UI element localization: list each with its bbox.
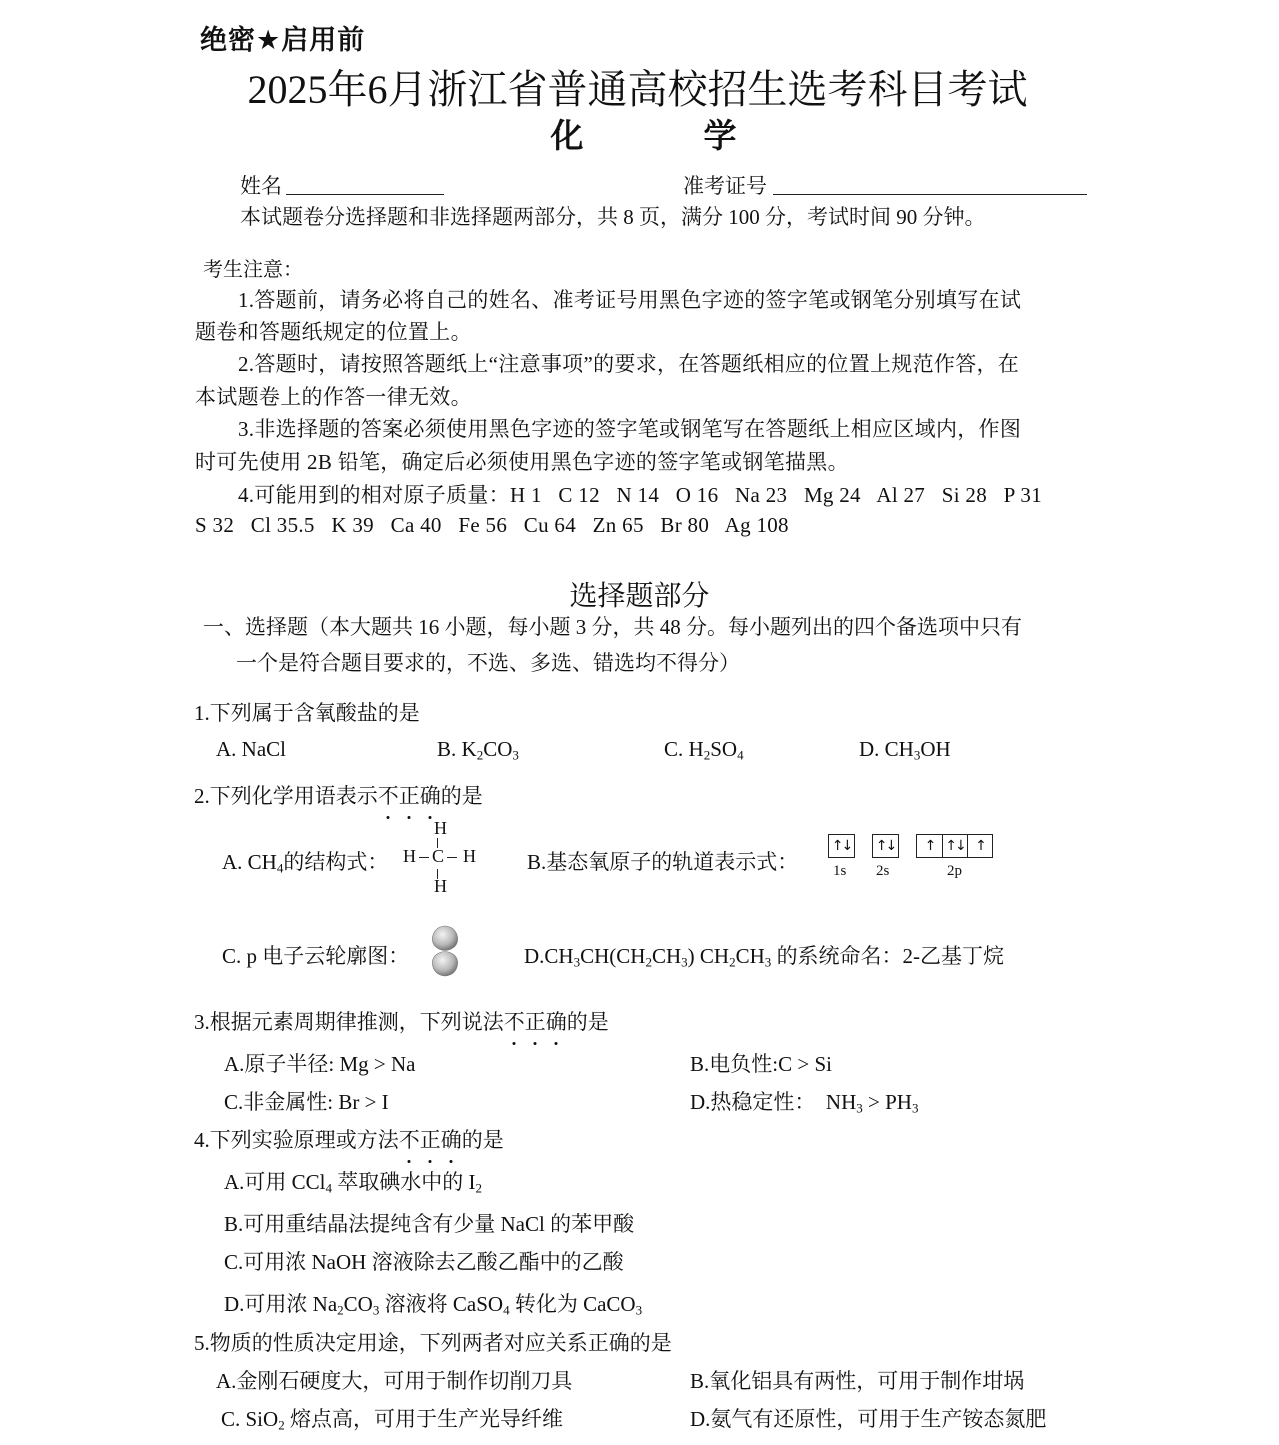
electron-pair-icon: ↑↓: [873, 835, 898, 857]
q4-option-d[interactable]: D.可用浓 Na2CO3 溶液将 CaSO4 转化为 CaCO3: [224, 1288, 642, 1318]
orbital-label: 2p: [947, 863, 962, 880]
notice-item-4-line2: S 32 Cl 35.5 K 39 Ca 40 Fe 56 Cu 64 Zn 6…: [195, 513, 1085, 538]
notice-text: 1.答题前，请务必将自己的姓名、准考证号用黑色字迹的签字笔或钢笔分别填写在试: [238, 288, 1021, 312]
notice-item-1-line1: 1.答题前，请务必将自己的姓名、准考证号用黑色字迹的签字笔或钢笔分别填写在试: [195, 284, 1085, 314]
exam-id-label: 准考证号: [683, 170, 767, 200]
exam-id-field[interactable]: [773, 194, 1087, 195]
subject-char: 学: [704, 110, 737, 157]
emphasis-char: 确: [420, 780, 441, 810]
atomic-masses: 4.可能用到的相对原子质量：H 1 C 12 N 14 O 16 Na 23 M…: [238, 483, 1042, 507]
methane-structure-diagram: H H C H H: [403, 818, 483, 898]
q5-option-d[interactable]: D.氨气有还原性，可用于生产铵态氮肥: [690, 1403, 1046, 1433]
question-2-stem: 2.下列化学用语表示不正确的是: [194, 780, 483, 810]
notice-item-3-line1: 3.非选择题的答案必须使用黑色字迹的签字笔或钢笔写在答题纸上相应区域内，作图: [195, 413, 1085, 443]
p-orbital-icon: [428, 925, 462, 977]
part-description-cont: 一个是符合题目要求的，不选、多选、错选均不得分）: [236, 647, 740, 677]
q2-option-a[interactable]: A. CH4的结构式：: [222, 846, 388, 876]
q4-option-a[interactable]: A.可用 CCl4 萃取碘水中的 I2: [224, 1166, 482, 1196]
emphasis-char: 不: [378, 780, 399, 810]
confidential-label: 绝密★启用前: [200, 18, 365, 57]
q1-option-c[interactable]: C. H2SO4: [664, 737, 744, 762]
q3-option-a[interactable]: A.原子半径: Mg > Na: [224, 1048, 416, 1078]
emphasis-char: 确: [546, 1006, 567, 1036]
emphasis-char: 不: [399, 1124, 420, 1154]
q2-option-d[interactable]: D.CH3CH(CH2CH3) CH2CH3 的系统命名：2-乙基丁烷: [524, 940, 1004, 970]
part-heading: 一、选择题（本大题共 16 小题，每小题 3 分，共 48 分。每小题列出的四个…: [203, 611, 1022, 641]
section-title: 选择题部分: [0, 574, 1279, 614]
orbital-box-1s: ↑↓: [828, 834, 855, 858]
orbital-label: 2s: [876, 863, 889, 880]
notice-item-2-line1: 2.答题时，请按照答题纸上“注意事项”的要求，在答题纸相应的位置上规范作答，在: [195, 348, 1085, 378]
emphasis-char: 正: [525, 1006, 546, 1036]
electron-up-icon: ↑: [967, 835, 992, 857]
electron-up-icon: ↑: [917, 835, 942, 857]
q2-option-c[interactable]: C. p 电子云轮廓图：: [222, 940, 409, 970]
q1-option-b[interactable]: B. K2CO3: [437, 737, 519, 762]
emphasis-char: 不: [504, 1006, 525, 1036]
notice-item-4-line1: 4.可能用到的相对原子质量：H 1 C 12 N 14 O 16 Na 23 M…: [195, 479, 1085, 509]
q5-option-c[interactable]: C. SiO2 熔点高，可用于生产光导纤维: [221, 1403, 563, 1433]
part-description: （本大题共 16 小题，每小题 3 分，共 48 分。每小题列出的四个备选项中只…: [308, 615, 1022, 639]
electron-pair-icon: ↑↓: [829, 835, 854, 857]
question-3-stem: 3.根据元素周期律推测，下列说法不正确的是: [194, 1006, 609, 1036]
notice-item-3-line2: 时可先使用 2B 铅笔，确定后必须使用黑色字迹的签字笔或钢笔描黑。: [195, 446, 1085, 476]
question-1-stem: 1.下列属于含氧酸盐的是: [194, 697, 420, 727]
subject-title: 化学: [4, 110, 1279, 157]
notice-text: 2.答题时，请按照答题纸上“注意事项”的要求，在答题纸相应的位置上规范作答，在: [238, 352, 1019, 376]
notice-item-1-line2: 题卷和答题纸规定的位置上。: [195, 316, 1085, 346]
part-label: 一、选择题: [203, 615, 308, 639]
q2-option-b[interactable]: B.基态氧原子的轨道表示式：: [527, 846, 798, 876]
name-field[interactable]: [286, 194, 444, 195]
q1-option-a[interactable]: A. NaCl: [216, 737, 286, 762]
emphasis-char: 确: [441, 1124, 462, 1154]
name-label: 姓名: [240, 170, 282, 200]
emphasis-char: 正: [399, 780, 420, 810]
notice-title: 考生注意：: [203, 253, 303, 282]
question-5-stem: 5.物质的性质决定用途，下列两者对应关系正确的是: [194, 1327, 672, 1357]
q3-option-c[interactable]: C.非金属性: Br > I: [224, 1086, 389, 1116]
orbital-label: 1s: [833, 863, 846, 880]
electron-pair-icon: ↑↓: [942, 835, 967, 857]
q5-option-b[interactable]: B.氧化铝具有两性，可用于制作坩埚: [690, 1365, 1024, 1395]
q4-option-b[interactable]: B.可用重结晶法提纯含有少量 NaCl 的苯甲酸: [224, 1208, 634, 1238]
orbital-box-2s: ↑↓: [872, 834, 899, 858]
intro-text: 本试题卷分选择题和非选择题两部分，共 8 页，满分 100 分，考试时间 90 …: [240, 201, 986, 231]
notice-text: 3.非选择题的答案必须使用黑色字迹的签字笔或钢笔写在答题纸上相应区域内，作图: [238, 417, 1021, 441]
q1-option-d[interactable]: D. CH3OH: [859, 737, 951, 762]
orbital-box-2p: ↑ ↑↓ ↑: [916, 834, 993, 858]
q3-option-d[interactable]: D.热稳定性： NH3 > PH3: [690, 1086, 918, 1116]
q3-option-b[interactable]: B.电负性:C > Si: [690, 1048, 832, 1078]
subject-char: 化: [551, 110, 584, 157]
exam-title: 2025年6月浙江省普通高校招生选考科目考试: [0, 58, 1277, 115]
question-4-stem: 4.下列实验原理或方法不正确的是: [194, 1124, 504, 1154]
q4-option-c[interactable]: C.可用浓 NaOH 溶液除去乙酸乙酯中的乙酸: [224, 1246, 624, 1276]
q5-option-a[interactable]: A.金刚石硬度大，可用于制作切削刀具: [216, 1365, 572, 1395]
emphasis-char: 正: [420, 1124, 441, 1154]
notice-item-2-line2: 本试题卷上的作答一律无效。: [195, 381, 1085, 411]
